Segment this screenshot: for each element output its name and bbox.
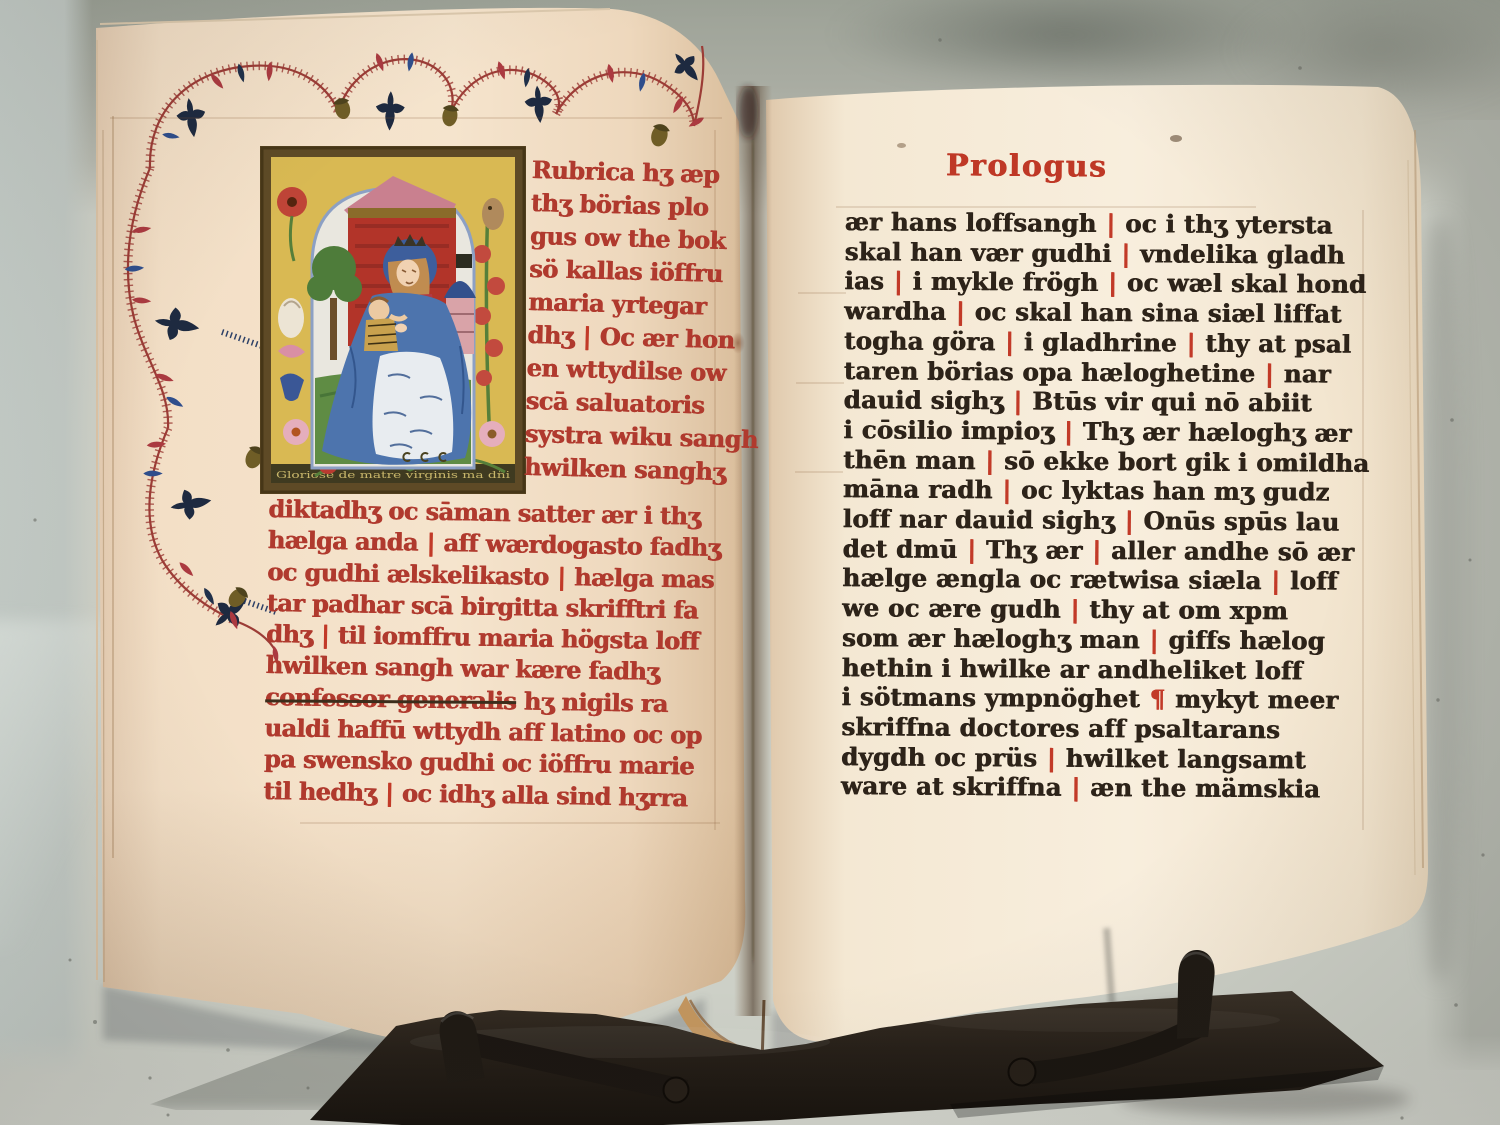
photo-scene: Gloriose de matre virginis ma dñi — [0, 0, 1500, 1125]
book-stand — [0, 0, 1500, 1125]
